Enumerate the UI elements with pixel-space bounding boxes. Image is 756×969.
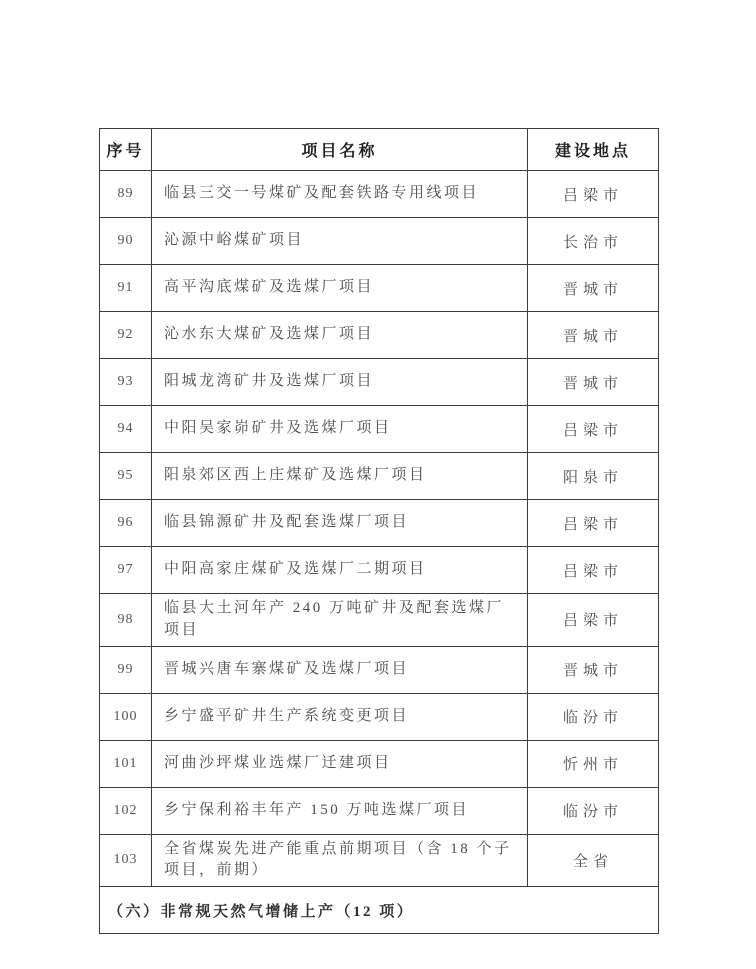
row-location: 吕梁市	[528, 406, 659, 453]
table-row: 97 中阳高家庄煤矿及选煤厂二期项目 吕梁市	[100, 547, 659, 594]
row-location: 忻州市	[528, 740, 659, 787]
table-row: 92 沁水东大煤矿及选煤厂项目 晋城市	[100, 312, 659, 359]
table-row: 91 高平沟底煤矿及选煤厂项目 晋城市	[100, 265, 659, 312]
row-location: 长治市	[528, 218, 659, 265]
row-project-name: 临县三交一号煤矿及配套铁路专用线项目	[152, 171, 528, 218]
row-serial-number: 90	[100, 218, 152, 265]
table-row: 89 临县三交一号煤矿及配套铁路专用线项目 吕梁市	[100, 171, 659, 218]
row-location: 临汾市	[528, 693, 659, 740]
table-row: 96 临县锦源矿井及配套选煤厂项目 吕梁市	[100, 500, 659, 547]
row-location: 吕梁市	[528, 171, 659, 218]
row-project-name: 乡宁盛平矿井生产系统变更项目	[152, 693, 528, 740]
row-serial-number: 96	[100, 500, 152, 547]
row-project-name: 阳泉郊区西上庄煤矿及选煤厂项目	[152, 453, 528, 500]
row-location: 晋城市	[528, 265, 659, 312]
row-serial-number: 100	[100, 693, 152, 740]
table-row: 95 阳泉郊区西上庄煤矿及选煤厂项目 阳泉市	[100, 453, 659, 500]
row-project-name: 沁源中峪煤矿项目	[152, 218, 528, 265]
header-serial-number: 序号	[100, 129, 152, 171]
row-project-name: 中阳高家庄煤矿及选煤厂二期项目	[152, 547, 528, 594]
row-serial-number: 103	[100, 834, 152, 887]
row-project-name: 阳城龙湾矿井及选煤厂项目	[152, 359, 528, 406]
row-location: 吕梁市	[528, 500, 659, 547]
row-serial-number: 101	[100, 740, 152, 787]
section-row: （六）非常规天然气增储上产（12 项）	[100, 887, 659, 934]
header-project-name: 项目名称	[152, 129, 528, 171]
project-table: 序号 项目名称 建设地点 89 临县三交一号煤矿及配套铁路专用线项目 吕梁市 9…	[99, 128, 659, 934]
table-row: 103 全省煤炭先进产能重点前期项目（含 18 个子项目，前期） 全省	[100, 834, 659, 887]
row-project-name: 沁水东大煤矿及选煤厂项目	[152, 312, 528, 359]
row-location: 晋城市	[528, 646, 659, 693]
row-project-name: 晋城兴唐车寨煤矿及选煤厂项目	[152, 646, 528, 693]
row-serial-number: 98	[100, 594, 152, 647]
header-construction-location: 建设地点	[528, 129, 659, 171]
row-serial-number: 102	[100, 787, 152, 834]
row-serial-number: 94	[100, 406, 152, 453]
row-location: 全省	[528, 834, 659, 887]
row-serial-number: 95	[100, 453, 152, 500]
row-serial-number: 91	[100, 265, 152, 312]
document-page: 序号 项目名称 建设地点 89 临县三交一号煤矿及配套铁路专用线项目 吕梁市 9…	[0, 0, 756, 969]
row-project-name: 临县大土河年产 240 万吨矿井及配套选煤厂项目	[152, 594, 528, 647]
header-row: 序号 项目名称 建设地点	[100, 129, 659, 171]
row-project-name: 河曲沙坪煤业选煤厂迁建项目	[152, 740, 528, 787]
row-serial-number: 97	[100, 547, 152, 594]
row-location: 晋城市	[528, 312, 659, 359]
row-serial-number: 93	[100, 359, 152, 406]
row-project-name: 乡宁保利裕丰年产 150 万吨选煤厂项目	[152, 787, 528, 834]
section-title: （六）非常规天然气增储上产（12 项）	[100, 887, 659, 934]
row-project-name: 中阳吴家峁矿井及选煤厂项目	[152, 406, 528, 453]
row-project-name: 临县锦源矿井及配套选煤厂项目	[152, 500, 528, 547]
table-row: 94 中阳吴家峁矿井及选煤厂项目 吕梁市	[100, 406, 659, 453]
table-row: 98 临县大土河年产 240 万吨矿井及配套选煤厂项目 吕梁市	[100, 594, 659, 647]
row-location: 晋城市	[528, 359, 659, 406]
row-location: 吕梁市	[528, 547, 659, 594]
row-location: 阳泉市	[528, 453, 659, 500]
table-row: 90 沁源中峪煤矿项目 长治市	[100, 218, 659, 265]
table-row: 93 阳城龙湾矿井及选煤厂项目 晋城市	[100, 359, 659, 406]
table-row: 101 河曲沙坪煤业选煤厂迁建项目 忻州市	[100, 740, 659, 787]
row-location: 临汾市	[528, 787, 659, 834]
row-serial-number: 89	[100, 171, 152, 218]
row-project-name: 全省煤炭先进产能重点前期项目（含 18 个子项目，前期）	[152, 834, 528, 887]
row-project-name: 高平沟底煤矿及选煤厂项目	[152, 265, 528, 312]
table-row: 99 晋城兴唐车寨煤矿及选煤厂项目 晋城市	[100, 646, 659, 693]
row-serial-number: 99	[100, 646, 152, 693]
row-location: 吕梁市	[528, 594, 659, 647]
row-serial-number: 92	[100, 312, 152, 359]
table-row: 100 乡宁盛平矿井生产系统变更项目 临汾市	[100, 693, 659, 740]
table-row: 102 乡宁保利裕丰年产 150 万吨选煤厂项目 临汾市	[100, 787, 659, 834]
